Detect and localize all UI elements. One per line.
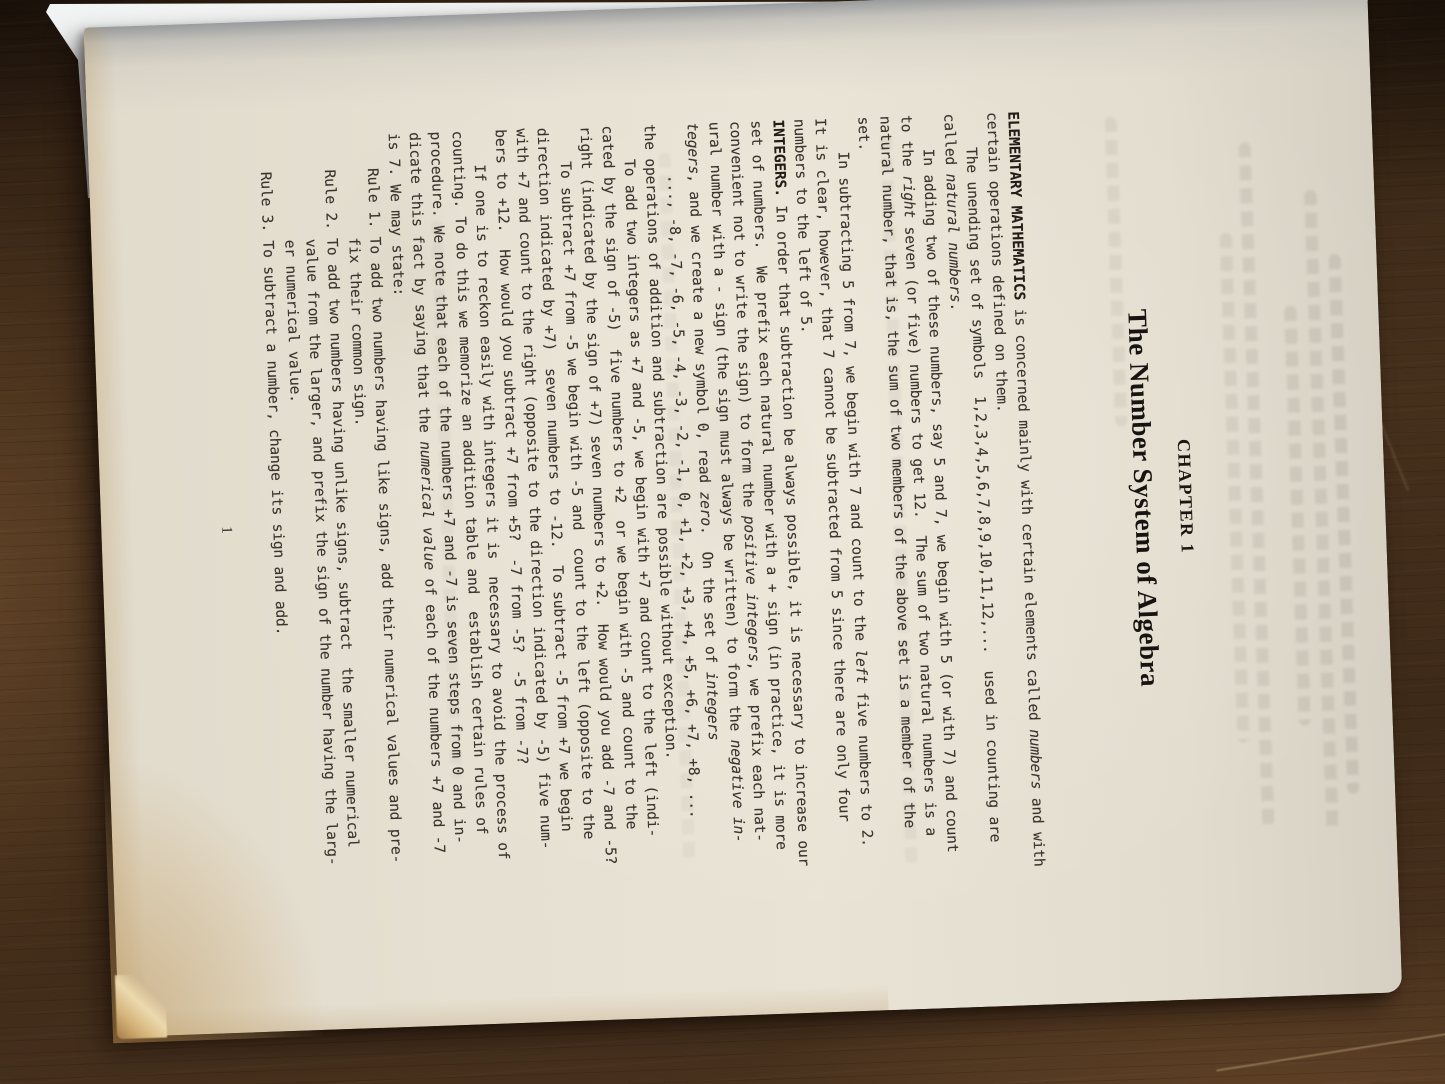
book-page: CHAPTER 1 The Number System of Algebra E… xyxy=(84,0,1402,1037)
wood-scratch xyxy=(1216,1030,1445,1071)
photo-of-book-on-table: CHAPTER 1 The Number System of Algebra E… xyxy=(0,0,1445,1084)
body-lines: ELEMENTARY MATHEMATICS is concerned main… xyxy=(254,111,1051,919)
page-content: CHAPTER 1 The Number System of Algebra E… xyxy=(254,99,1399,920)
creased-page-corner xyxy=(115,973,167,1039)
